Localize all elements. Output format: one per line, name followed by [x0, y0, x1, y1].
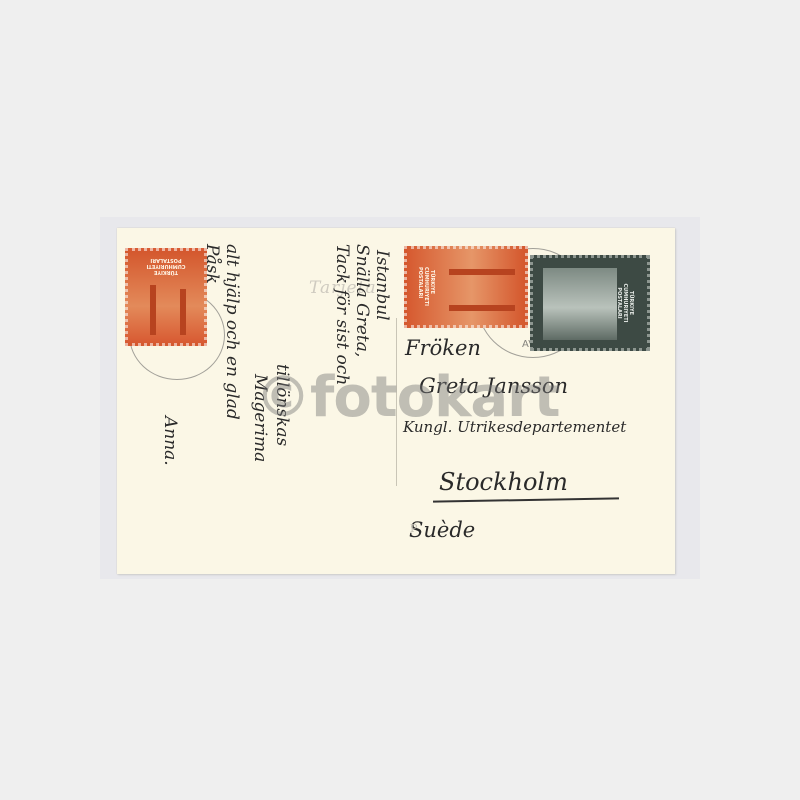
message-line: alt hjälp och en glad	[222, 244, 242, 420]
message-line: Anna.	[160, 416, 180, 466]
stamp-tree-graphic	[449, 269, 515, 275]
stamp-scene-graphic	[543, 268, 617, 340]
stamp-label: TÜRKIYE CUMHURIYETI POSTALARI	[616, 283, 634, 323]
corner-mark: P	[410, 522, 417, 535]
watermark: ©fotokart	[255, 365, 560, 430]
address-line: Suède	[409, 518, 475, 542]
message-line: Påsk	[202, 244, 222, 284]
stamp-tree-graphic	[180, 289, 186, 335]
stamp-green-sideways: TÜRKIYE CUMHURIYETI POSTALARI	[530, 255, 650, 351]
stamp-tree-graphic	[449, 305, 515, 311]
stamp-label: TÜRKIYE CUMHURIYETI POSTALARI	[417, 267, 435, 297]
message-line: Istanbul	[372, 250, 392, 321]
stamp-orange-upside-down: TÜRKIYE CUMHURIYETI POSTALARI	[125, 248, 207, 346]
address-line: Stockholm	[439, 468, 568, 496]
city-underline	[433, 497, 619, 502]
address-line: Fröken	[405, 336, 481, 360]
stamp-tree-graphic	[150, 285, 156, 335]
stamp-label: TÜRKIYE CUMHURIYETI POSTALARI	[136, 257, 196, 275]
stamp-orange-sideways: TÜRKIYE CUMHURIYETI POSTALARI	[404, 246, 528, 328]
message-line: Snälla Greta,	[352, 244, 372, 357]
